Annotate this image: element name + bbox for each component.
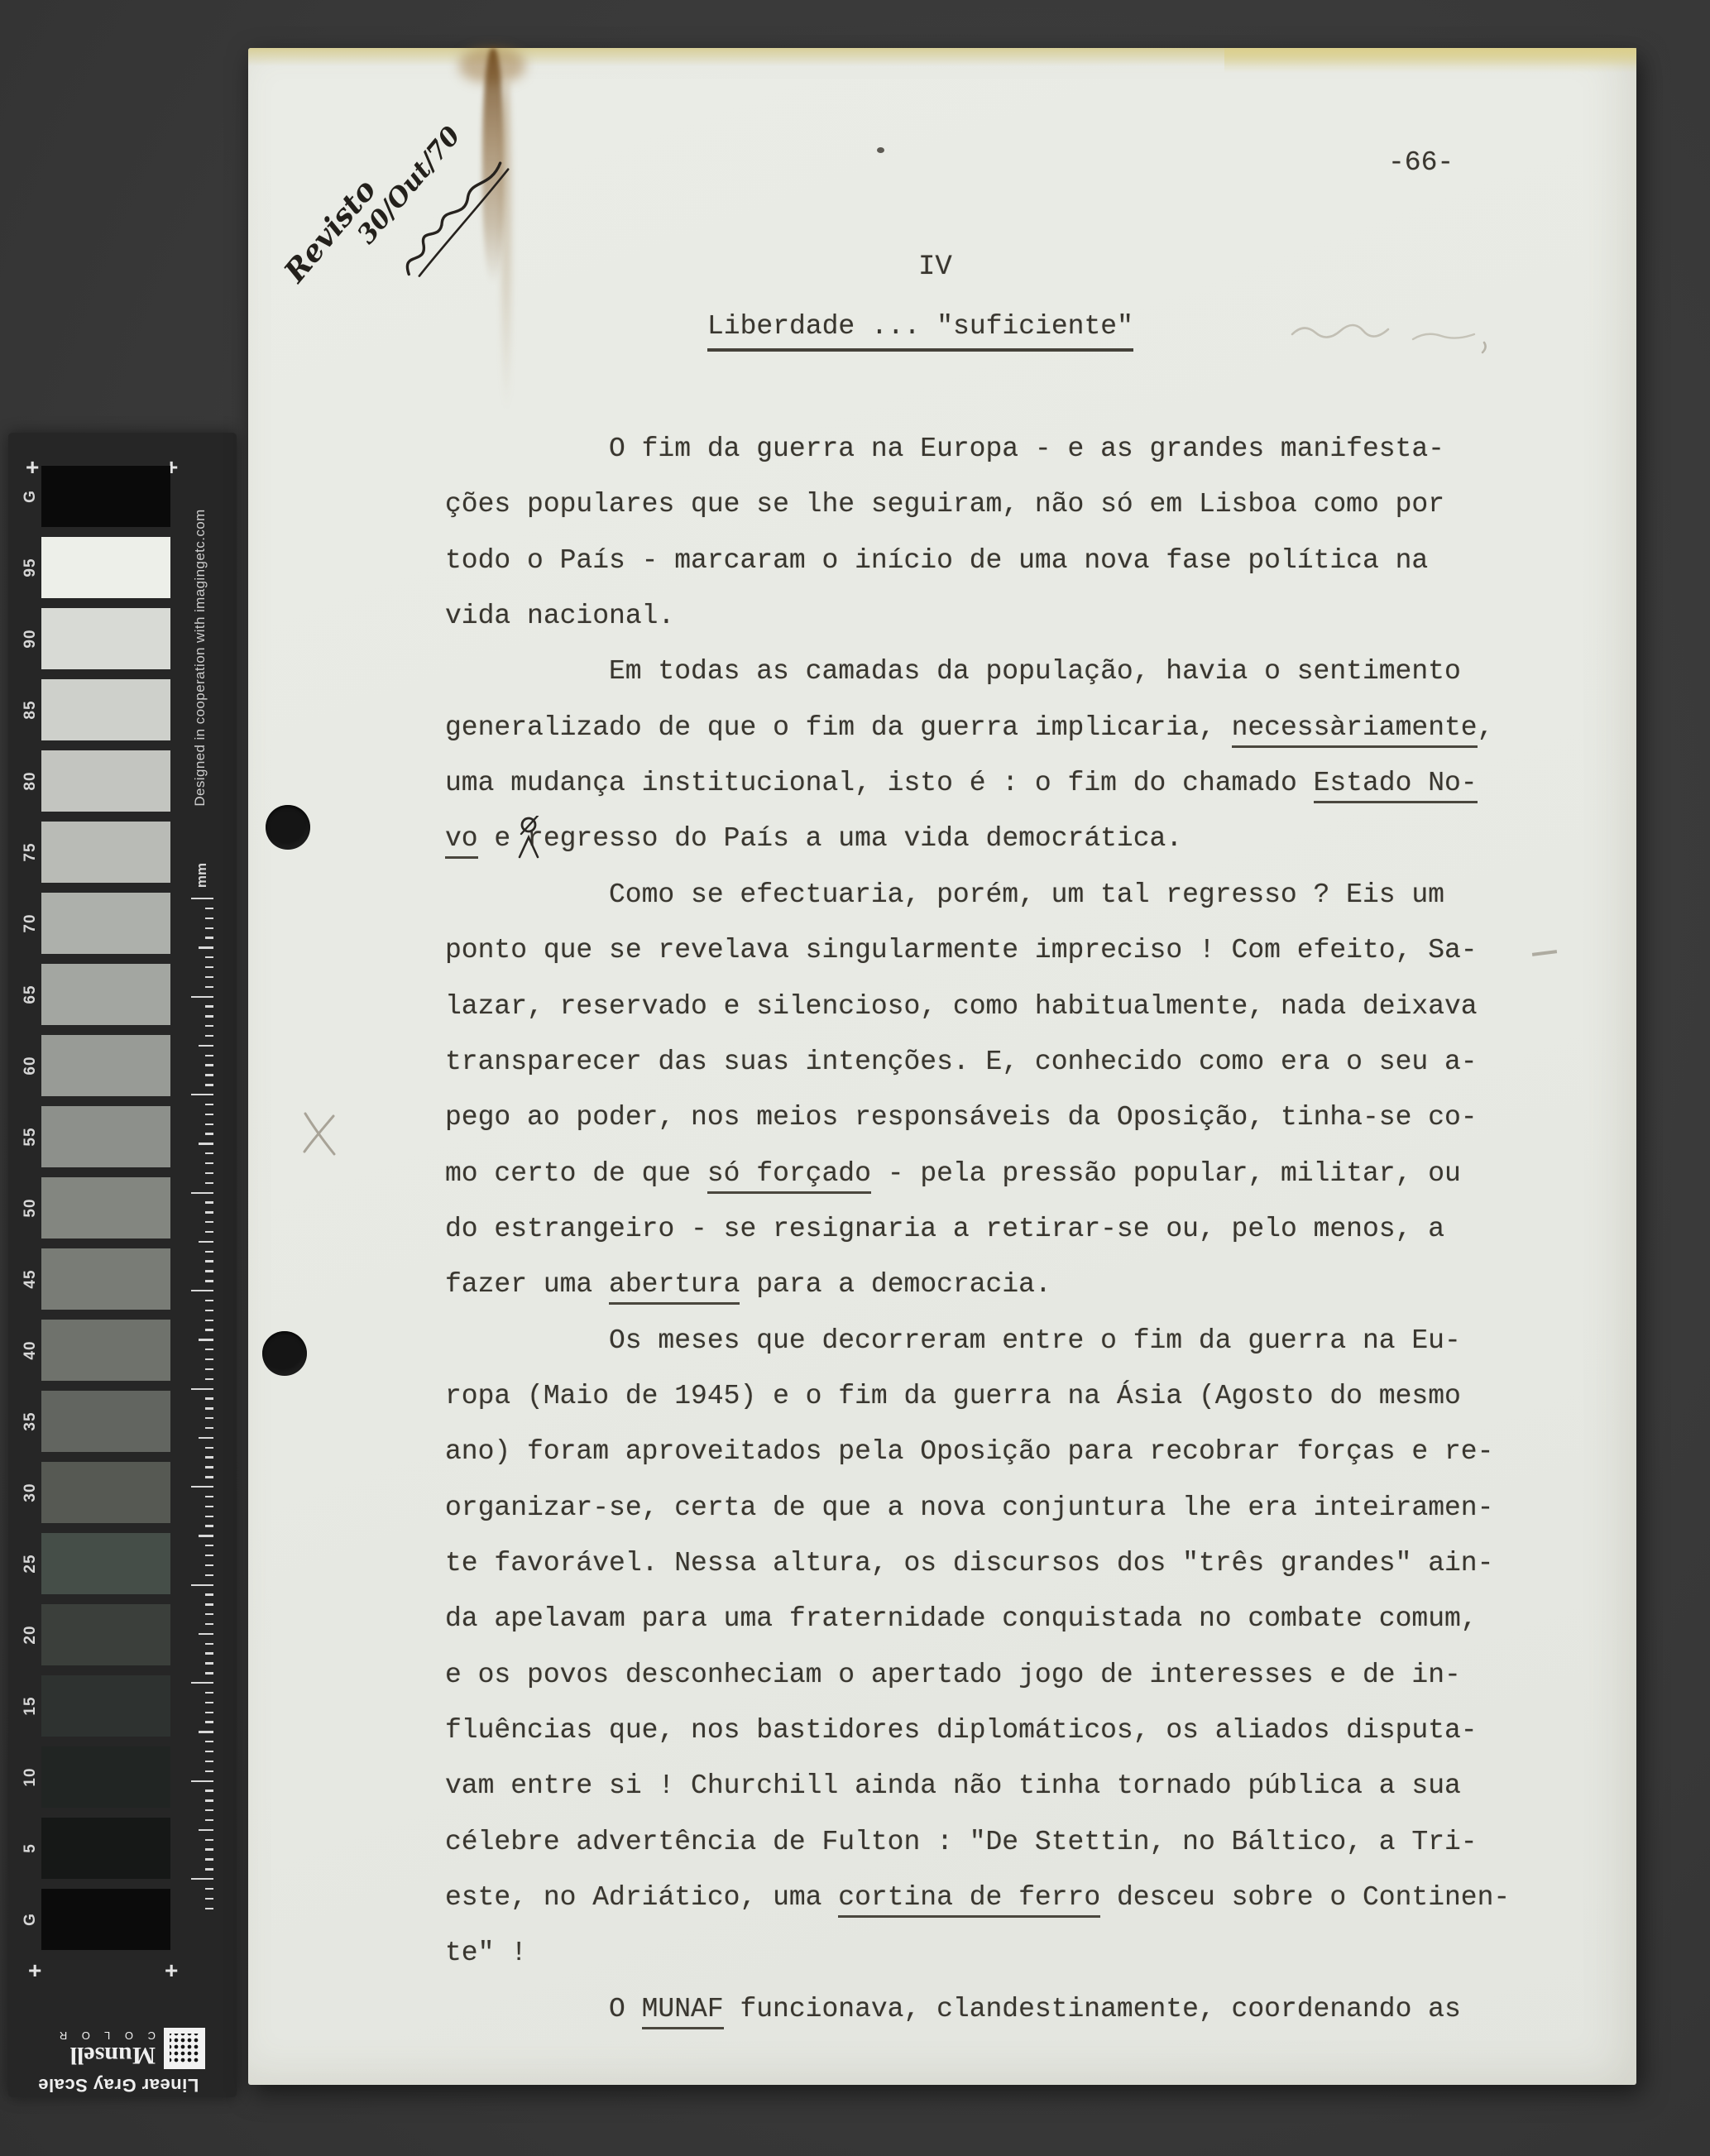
text-line: transparecer das suas intenções. E, conh… bbox=[445, 1045, 1669, 1080]
patch-label: 35 bbox=[22, 1397, 35, 1446]
ruler-tick bbox=[205, 1300, 213, 1301]
text-line: ções populares que se lhe seguiram, não … bbox=[445, 487, 1669, 522]
ruler-tick bbox=[199, 1731, 213, 1732]
gray-patch-G bbox=[41, 1889, 170, 1950]
patch-label: 60 bbox=[22, 1041, 35, 1090]
scanned-archive-image: + + + + Designed in cooperation with ima… bbox=[0, 0, 1710, 2156]
ruler-tick bbox=[205, 1516, 213, 1517]
ruler-tick bbox=[205, 1456, 213, 1458]
card-branding: Linear Gray Scale Munsell C O L O R bbox=[23, 1992, 205, 2096]
ruler-tick bbox=[199, 1143, 213, 1144]
patch-label: 70 bbox=[22, 898, 35, 948]
text-line: e os povos desconheciam o apertado jogo … bbox=[445, 1658, 1669, 1693]
gray-patch-85 bbox=[41, 679, 170, 740]
ruler-tick bbox=[205, 1349, 213, 1350]
text-line: fluências que, nos bastidores diplomátic… bbox=[445, 1713, 1669, 1748]
gray-patch-65 bbox=[41, 964, 170, 1025]
patch-label: 75 bbox=[22, 827, 35, 877]
ruler-tick bbox=[205, 1270, 213, 1272]
ruler-tick bbox=[191, 898, 213, 899]
ruler-tick bbox=[205, 1280, 213, 1282]
ruler-tick bbox=[199, 1241, 213, 1243]
ruler-tick bbox=[205, 1172, 213, 1174]
ruler-tick bbox=[205, 1124, 213, 1125]
ruler-tick bbox=[205, 1005, 213, 1007]
ruler-tick bbox=[205, 1407, 213, 1409]
ruler-tick bbox=[205, 1368, 213, 1370]
ruler-tick bbox=[205, 1114, 213, 1115]
patch-label: 30 bbox=[22, 1468, 35, 1517]
ruler-tick bbox=[205, 1025, 213, 1027]
ruler-tick bbox=[205, 1692, 213, 1694]
registration-plus-icon: + bbox=[165, 1959, 178, 1982]
ruler-tick bbox=[205, 1397, 213, 1399]
ruler-tick bbox=[205, 976, 213, 978]
ruler-tick bbox=[205, 1741, 213, 1742]
mm-ruler bbox=[190, 898, 213, 1919]
aged-paper-edge bbox=[1224, 48, 1636, 73]
text-line: da apelavam para uma fraternidade conqui… bbox=[445, 1602, 1669, 1636]
patch-label: 50 bbox=[22, 1183, 35, 1233]
ruler-tick bbox=[191, 1094, 213, 1095]
ruler-tick bbox=[205, 1152, 213, 1154]
text-line: vo e regresso do País a uma vida democrá… bbox=[445, 822, 1669, 856]
patch-label: 45 bbox=[22, 1254, 35, 1304]
pencil-scribble bbox=[1289, 313, 1496, 354]
text-line: te" ! bbox=[445, 1936, 1669, 1971]
text-line: ano) foram aproveitados pela Oposição pa… bbox=[445, 1435, 1669, 1469]
gray-patch-75 bbox=[41, 822, 170, 883]
gray-scale-card: + + + + Designed in cooperation with ima… bbox=[8, 433, 237, 2097]
ruler-tick bbox=[205, 1702, 213, 1703]
text-line: célebre advertência de Fulton : "De Stet… bbox=[445, 1825, 1669, 1860]
ruler-tick bbox=[205, 908, 213, 909]
text-line: uma mudança institucional, isto é : o fi… bbox=[445, 766, 1669, 801]
ruler-tick bbox=[205, 1476, 213, 1478]
ruler-tick bbox=[205, 1555, 213, 1556]
ruler-tick bbox=[205, 1133, 213, 1134]
brand-subtitle: C O L O R bbox=[54, 2030, 156, 2043]
ruler-tick bbox=[191, 1290, 213, 1291]
text-line: Os meses que decorreram entre o fim da g… bbox=[445, 1324, 1710, 1358]
patch-label: 10 bbox=[22, 1752, 35, 1802]
section-number: IV bbox=[918, 252, 952, 283]
patch-label: 55 bbox=[22, 1112, 35, 1162]
ruler-tick bbox=[205, 1074, 213, 1076]
ruler-tick bbox=[205, 1721, 213, 1722]
ruler-tick bbox=[199, 1339, 213, 1340]
ruler-tick bbox=[205, 1221, 213, 1223]
ruler-tick bbox=[191, 1682, 213, 1684]
gray-patch-40 bbox=[41, 1320, 170, 1381]
ruler-tick bbox=[205, 1898, 213, 1900]
registration-plus-icon: + bbox=[28, 1959, 41, 1982]
ink-stain bbox=[501, 81, 511, 412]
gray-patch-80 bbox=[41, 750, 170, 812]
ruler-tick bbox=[205, 1211, 213, 1213]
ruler-tick bbox=[205, 1378, 213, 1380]
patch-label: 95 bbox=[22, 543, 35, 592]
gray-patch-60 bbox=[41, 1035, 170, 1096]
text-line: vam entre si ! Churchill ainda não tinha… bbox=[445, 1769, 1669, 1804]
chapter-title: Liberdade ... "suficiente" bbox=[707, 311, 1133, 352]
product-name: Linear Gray Scale bbox=[31, 2074, 205, 2096]
ruler-tick bbox=[199, 1437, 213, 1439]
ruler-tick bbox=[205, 927, 213, 929]
ruler-tick bbox=[205, 1447, 213, 1449]
page-number: -66- bbox=[1388, 147, 1454, 178]
text-line: te favorável. Nessa altura, os discursos… bbox=[445, 1546, 1669, 1581]
ruler-tick bbox=[205, 1064, 213, 1066]
ruler-tick bbox=[199, 1045, 213, 1047]
ruler-tick bbox=[205, 966, 213, 968]
ruler-tick bbox=[205, 1525, 213, 1526]
ruler-tick bbox=[205, 1603, 213, 1605]
patch-label: 20 bbox=[22, 1610, 35, 1660]
ruler-tick bbox=[191, 996, 213, 998]
ruler-tick bbox=[191, 1388, 213, 1390]
text-line: este, no Adriático, uma cortina de ferro… bbox=[445, 1881, 1669, 1915]
text-line: fazer uma abertura para a democracia. bbox=[445, 1267, 1669, 1302]
ruler-tick bbox=[205, 1358, 213, 1360]
ruler-tick bbox=[205, 917, 213, 919]
ruler-tick bbox=[205, 1858, 213, 1860]
ruler-tick bbox=[205, 1506, 213, 1507]
ruler-tick bbox=[199, 1829, 213, 1831]
ruler-tick bbox=[205, 1496, 213, 1497]
text-line: Como se efectuaria, porém, um tal regres… bbox=[445, 878, 1710, 913]
munsell-logo-icon bbox=[164, 2028, 205, 2069]
text-line: Em todas as camadas da população, havia … bbox=[445, 654, 1710, 689]
ruler-tick bbox=[205, 1329, 213, 1330]
gray-patch-95 bbox=[41, 537, 170, 598]
ruler-tick bbox=[205, 1662, 213, 1664]
brand-name: Munsell bbox=[54, 2044, 156, 2067]
text-line: ropa (Maio de 1945) e o fim da guerra na… bbox=[445, 1379, 1669, 1414]
gray-patch-45 bbox=[41, 1248, 170, 1310]
gray-patch-30 bbox=[41, 1462, 170, 1523]
patch-label: 90 bbox=[22, 614, 35, 664]
ruler-tick bbox=[191, 1192, 213, 1194]
gray-patch-15 bbox=[41, 1675, 170, 1737]
ruler-tick bbox=[205, 1613, 213, 1615]
ruler-tick bbox=[205, 1809, 213, 1811]
gray-patch-90 bbox=[41, 608, 170, 669]
gray-patch-25 bbox=[41, 1533, 170, 1594]
ruler-tick bbox=[205, 1015, 213, 1017]
text-line: organizar-se, certa de que a nova conjun… bbox=[445, 1491, 1669, 1526]
gray-patch-55 bbox=[41, 1106, 170, 1167]
gray-patch-35 bbox=[41, 1391, 170, 1452]
ruler-tick bbox=[205, 1848, 213, 1850]
margin-x-mark bbox=[299, 1109, 339, 1158]
ruler-tick bbox=[205, 1035, 213, 1037]
patch-label: 5 bbox=[22, 1823, 35, 1873]
gray-patch-10 bbox=[41, 1746, 170, 1808]
ruler-tick bbox=[205, 937, 213, 938]
text-line: O fim da guerra na Europa - e as grandes… bbox=[445, 432, 1710, 467]
text-line: do estrangeiro - se resignaria a retirar… bbox=[445, 1212, 1669, 1247]
ruler-tick bbox=[205, 1182, 213, 1184]
gray-patch-20 bbox=[41, 1604, 170, 1665]
patch-label: 15 bbox=[22, 1681, 35, 1731]
patch-label: 25 bbox=[22, 1539, 35, 1588]
card-side-note: Designed in cooperation with imagingetc.… bbox=[192, 443, 208, 873]
document-page: Revisto 30/Out/70 -66- IV Liberdade ... … bbox=[248, 48, 1636, 2085]
gray-patch-50 bbox=[41, 1177, 170, 1239]
ruler-tick bbox=[205, 1643, 213, 1645]
text-line: vida nacional. bbox=[445, 599, 1669, 634]
ruler-tick bbox=[205, 1908, 213, 1909]
ruler-tick bbox=[205, 1104, 213, 1105]
ruler-tick bbox=[205, 1055, 213, 1056]
text-line: O MUNAF funcionava, clandestinamente, co… bbox=[445, 1992, 1710, 2027]
patch-label: 80 bbox=[22, 756, 35, 806]
ruler-tick bbox=[191, 1780, 213, 1782]
ruler-tick bbox=[205, 1310, 213, 1311]
punch-hole bbox=[262, 1331, 307, 1376]
ruler-tick bbox=[205, 1819, 213, 1821]
patch-label: G bbox=[22, 472, 35, 521]
gray-patch-5 bbox=[41, 1818, 170, 1879]
ruler-tick bbox=[205, 1839, 213, 1841]
ruler-tick bbox=[205, 1868, 213, 1870]
patch-label: G bbox=[22, 1895, 35, 1944]
ruler-tick bbox=[205, 1260, 213, 1262]
text-line: ponto que se revelava singularmente impr… bbox=[445, 933, 1669, 968]
ruler-tick bbox=[205, 1712, 213, 1713]
insertion-mark bbox=[511, 816, 548, 859]
patch-label: 40 bbox=[22, 1325, 35, 1375]
ruler-tick bbox=[205, 1251, 213, 1253]
ruler-tick bbox=[205, 986, 213, 988]
gray-patch-G bbox=[41, 466, 170, 527]
ruler-tick bbox=[205, 1084, 213, 1085]
text-line: mo certo de que só forçado - pela pressã… bbox=[445, 1157, 1669, 1191]
ruler-tick bbox=[205, 1545, 213, 1546]
text-line: todo o País - marcaram o início de uma n… bbox=[445, 544, 1669, 578]
ruler-tick bbox=[199, 1535, 213, 1536]
ruler-tick bbox=[205, 956, 213, 958]
ruler-tick bbox=[205, 1623, 213, 1625]
ruler-tick bbox=[205, 1770, 213, 1772]
ruler-tick bbox=[205, 1466, 213, 1468]
ruler-tick bbox=[205, 1417, 213, 1419]
ruler-tick bbox=[199, 1633, 213, 1635]
ruler-tick bbox=[205, 1231, 213, 1233]
text-line: generalizado de que o fim da guerra impl… bbox=[445, 711, 1669, 745]
punch-hole bbox=[266, 805, 310, 850]
ruler-tick bbox=[199, 946, 213, 948]
ink-speck bbox=[877, 147, 884, 153]
ruler-tick bbox=[205, 1593, 213, 1595]
ruler-tick bbox=[205, 1751, 213, 1752]
patch-label: 85 bbox=[22, 685, 35, 735]
ruler-tick bbox=[205, 1789, 213, 1791]
ruler-tick bbox=[205, 1162, 213, 1164]
ruler-tick bbox=[205, 1761, 213, 1762]
ruler-tick bbox=[205, 1201, 213, 1203]
ruler-tick bbox=[205, 1564, 213, 1566]
ruler-tick bbox=[191, 1878, 213, 1880]
gray-patch-70 bbox=[41, 893, 170, 954]
ruler-unit-label: mm bbox=[194, 850, 208, 900]
ruler-tick bbox=[191, 1584, 213, 1586]
ruler-tick bbox=[205, 1427, 213, 1429]
patch-label: 65 bbox=[22, 970, 35, 1019]
text-line: lazar, reservado e silencioso, como habi… bbox=[445, 989, 1669, 1024]
ruler-tick bbox=[205, 1574, 213, 1576]
ruler-tick bbox=[205, 1799, 213, 1801]
ruler-tick bbox=[205, 1320, 213, 1321]
ruler-tick bbox=[205, 1672, 213, 1674]
ruler-tick bbox=[205, 1652, 213, 1654]
ruler-tick bbox=[191, 1486, 213, 1488]
ruler-tick bbox=[205, 1888, 213, 1890]
text-line: pego ao poder, nos meios responsáveis da… bbox=[445, 1100, 1669, 1135]
